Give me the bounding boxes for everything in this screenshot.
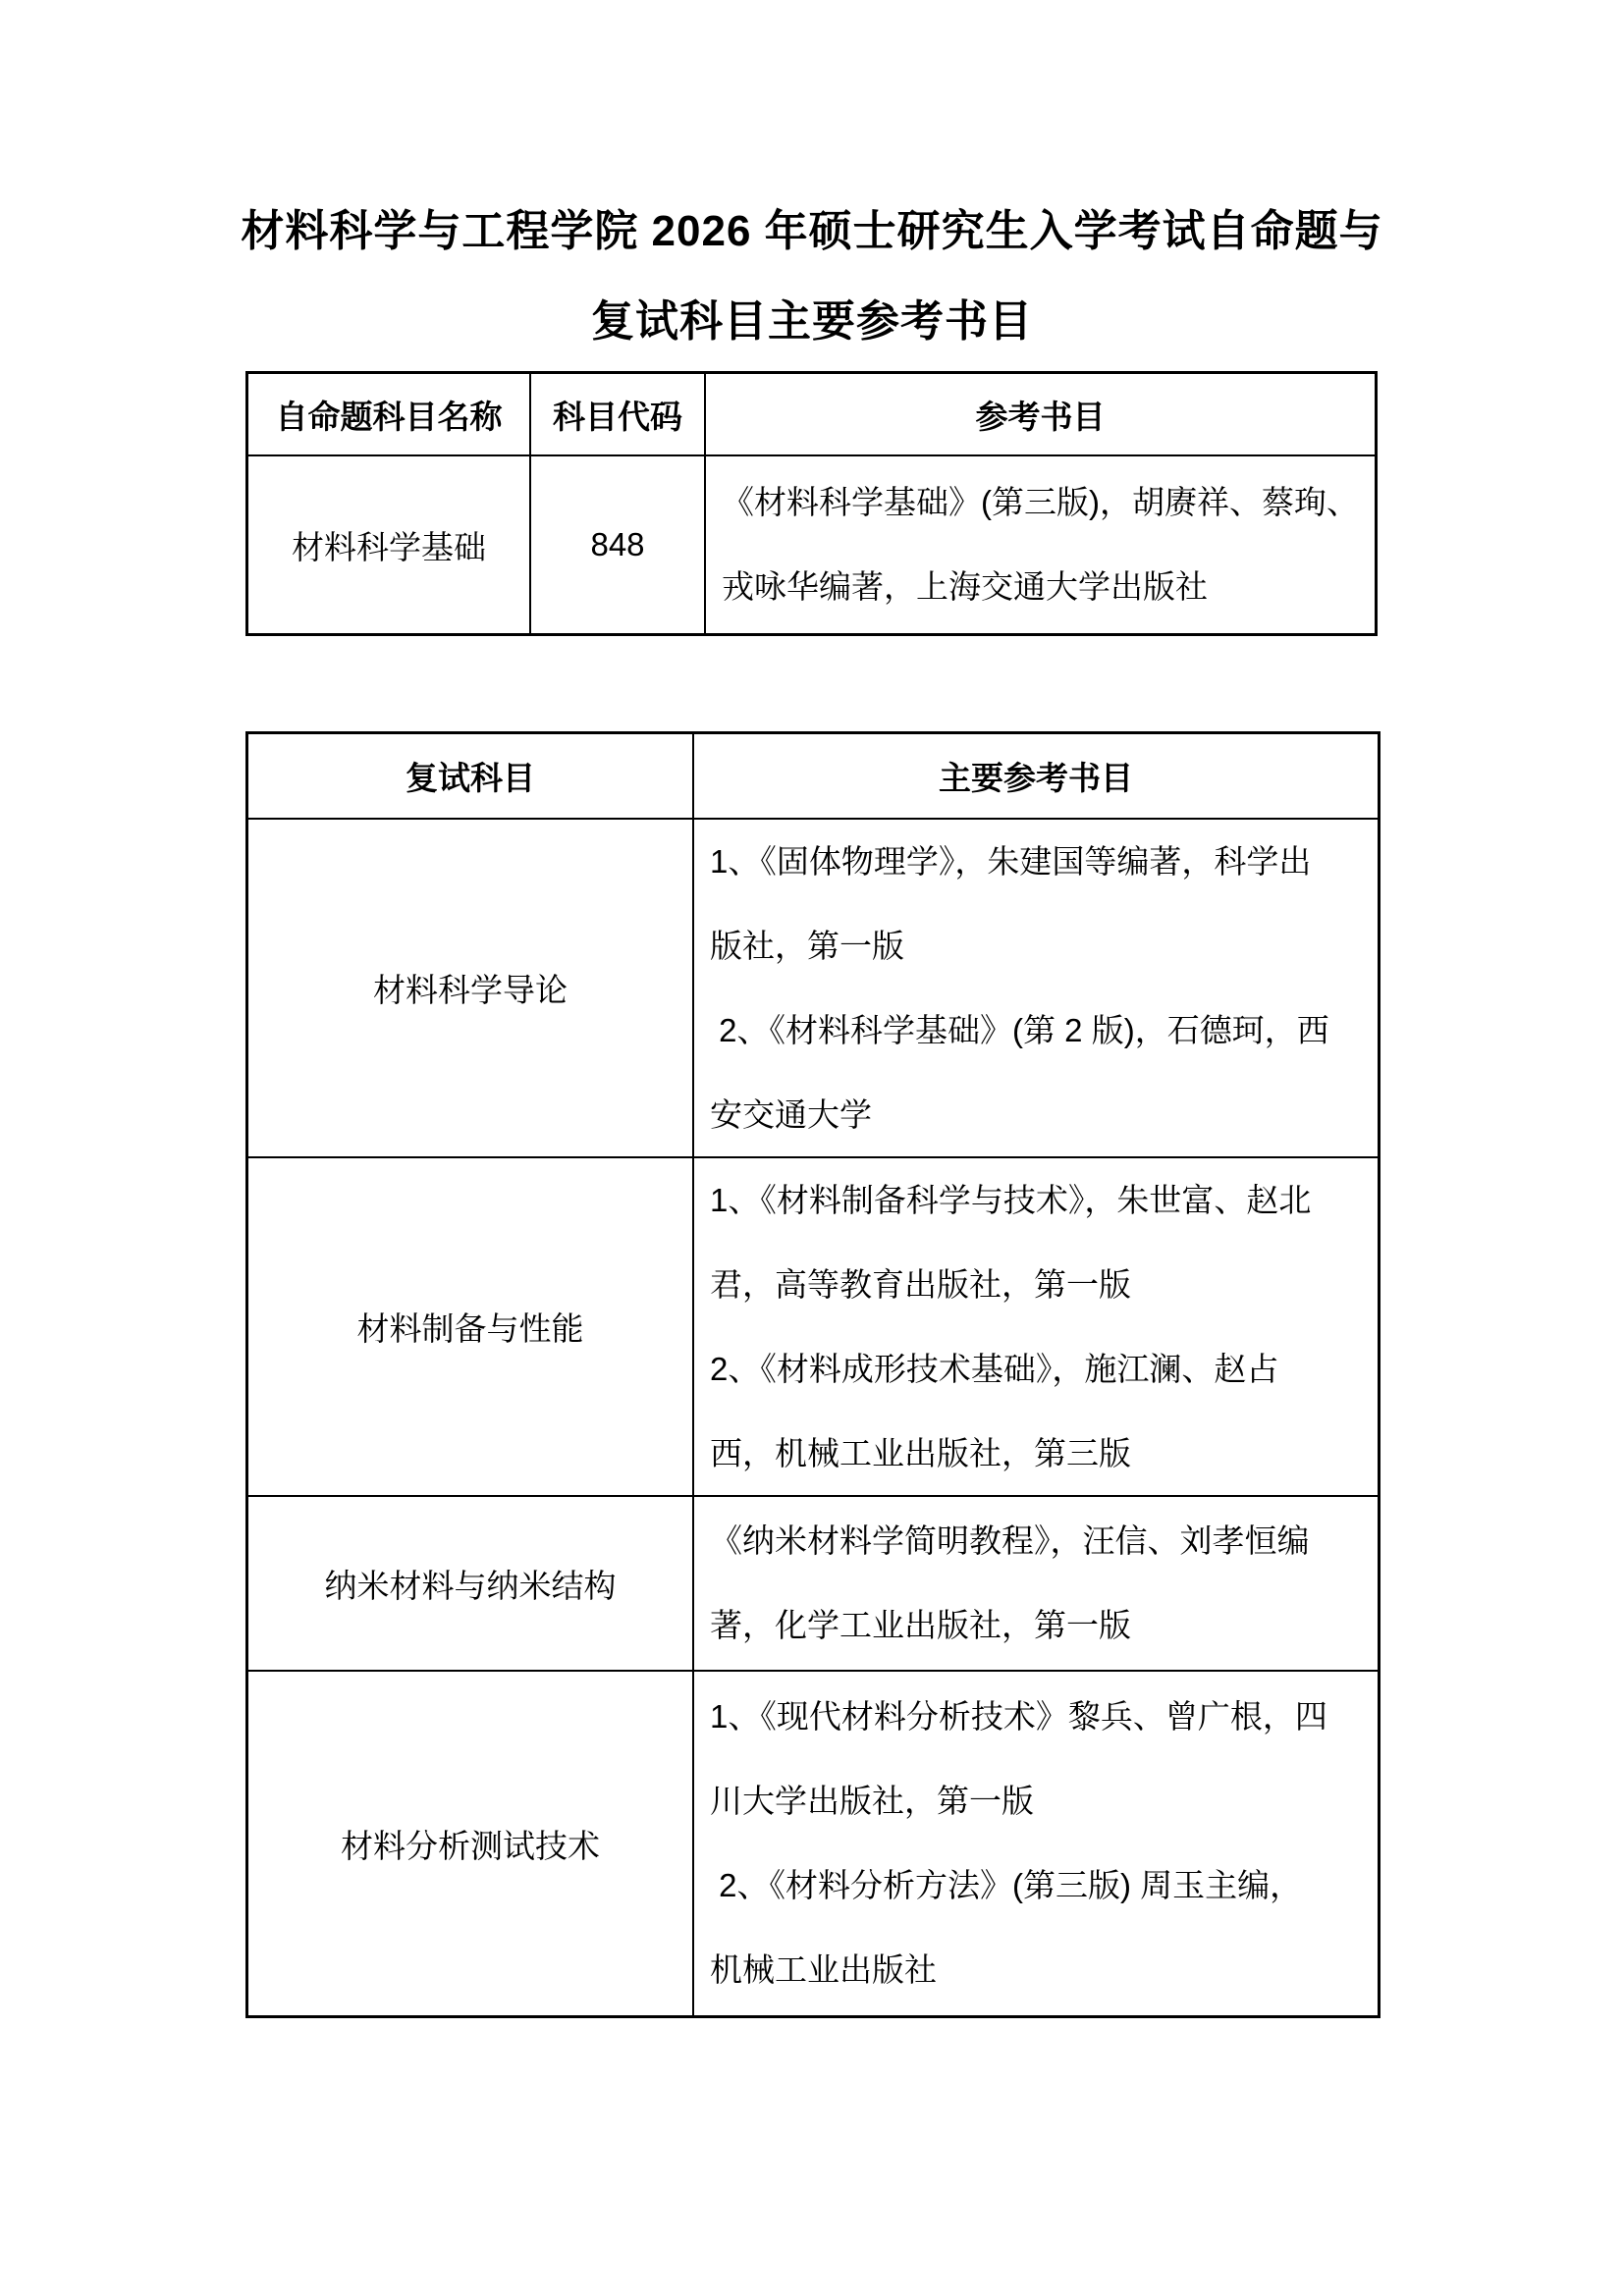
title-line-2: 复试科目主要参考书目 [0,277,1624,367]
document-title: 材料科学与工程学院 2026 年硕士研究生入学考试自命题与 复试科目主要参考书目 [0,187,1624,367]
title-line-1: 材料科学与工程学院 2026 年硕士研究生入学考试自命题与 [0,187,1624,277]
table2-header-main-references: 主要参考书目 [692,734,1378,818]
table1-row-books: 《材料科学基础》(第三版)，胡赓祥、蔡珣、 戎咏华编著，上海交通大学出版社 [704,454,1375,633]
table1-header-subject-name: 自命题科目名称 [248,374,529,454]
table2-row1-books: 1、《固体物理学》，朱建国等编著，科学出 版社，第一版 2、《材料科学基础》(第… [692,818,1378,1156]
table2-row1-subject: 材料科学导论 [248,818,692,1156]
table1-header-subject-code: 科目代码 [529,374,704,454]
table1-header-reference-books: 参考书目 [704,374,1375,454]
self-proposed-subject-table: 自命题科目名称 科目代码 参考书目 材料科学基础 848 《材料科学基础》(第三… [245,371,1378,636]
table2-row4-books: 1、《现代材料分析技术》黎兵、曾广根，四 川大学出版社，第一版 2、《材料分析方… [692,1670,1378,2015]
table2-row4-subject: 材料分析测试技术 [248,1670,692,2015]
retest-subject-table: 复试科目 主要参考书目 材料科学导论 1、《固体物理学》，朱建国等编著，科学出 … [245,731,1380,2018]
document-page: 材料科学与工程学院 2026 年硕士研究生入学考试自命题与 复试科目主要参考书目… [0,0,1624,2296]
table2-header-retest-subject: 复试科目 [248,734,692,818]
table2-row3-books: 《纳米材料学简明教程》，汪信、刘孝恒编 著，化学工业出版社，第一版 [692,1495,1378,1670]
table2-row3-subject: 纳米材料与纳米结构 [248,1495,692,1670]
table1-row-code: 848 [529,454,704,633]
table2-row2-books: 1、《材料制备科学与技术》，朱世富、赵北 君，高等教育出版社，第一版 2、《材料… [692,1156,1378,1495]
table2-row2-subject: 材料制备与性能 [248,1156,692,1495]
table1-row-subject: 材料科学基础 [248,454,529,633]
